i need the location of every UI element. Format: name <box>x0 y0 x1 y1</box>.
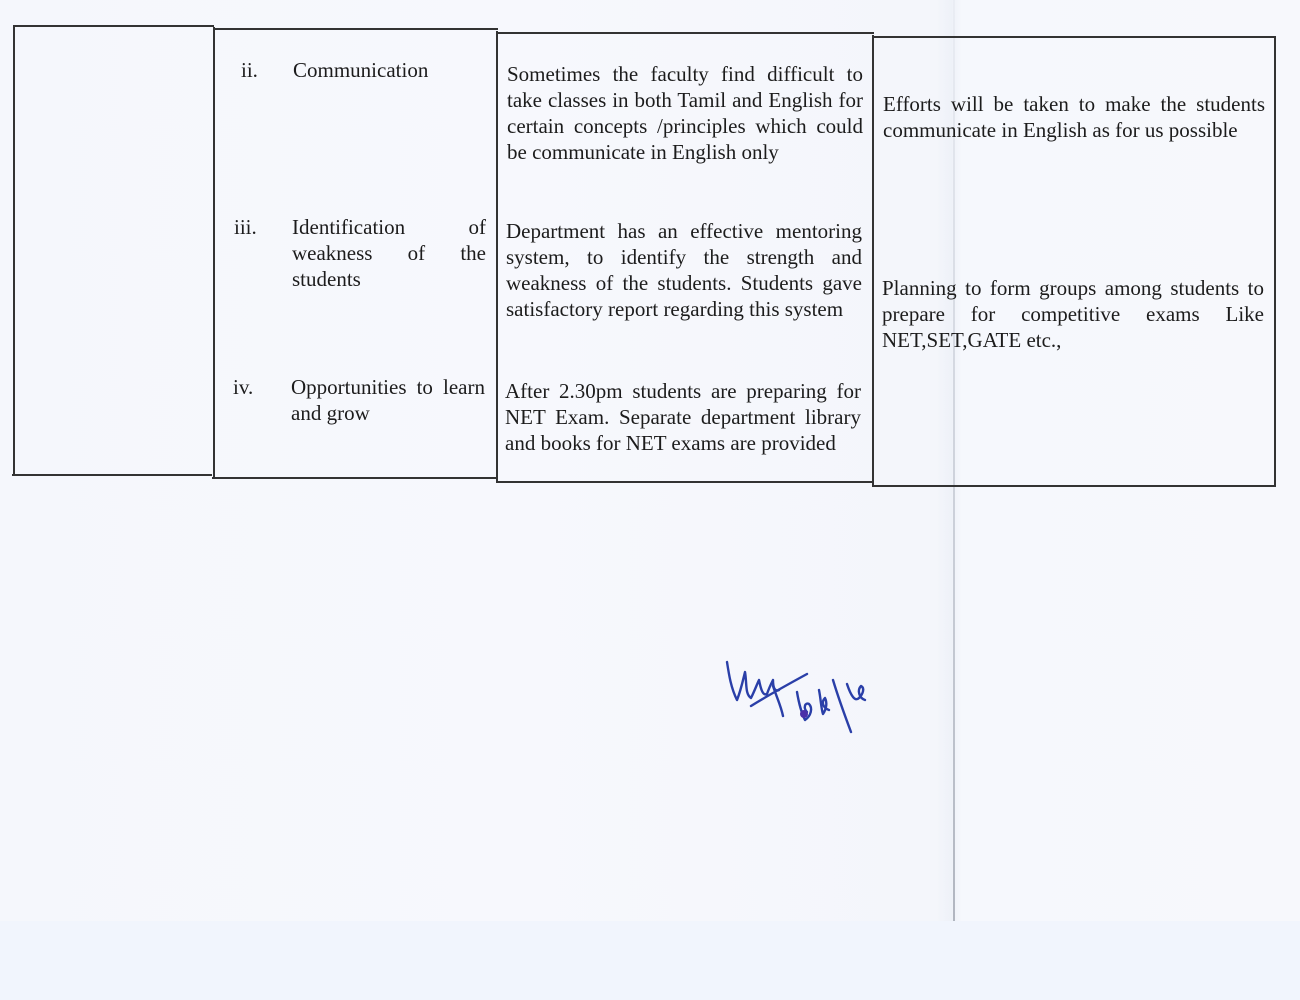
table-left-border <box>13 25 15 476</box>
table-bottom-border <box>496 481 872 483</box>
table-top-border <box>498 32 874 34</box>
row-observation: After 2.30pm students are preparing for … <box>505 378 861 456</box>
scanned-page: ii. Communication Sometimes the faculty … <box>0 0 1300 921</box>
table-bottom-border <box>12 474 212 476</box>
row-item: Communication <box>293 57 483 83</box>
table-top-border <box>874 36 1276 38</box>
row-number: iv. <box>233 374 253 400</box>
table-top-border <box>214 28 498 30</box>
column-divider <box>213 27 215 479</box>
table-right-border <box>1274 37 1276 487</box>
table-bottom-border <box>872 485 1274 487</box>
row-item: Identification of weakness of the studen… <box>292 214 486 292</box>
row-observation: Sometimes the faculty find difficult to … <box>507 61 863 165</box>
table-top-border <box>14 25 214 27</box>
column-divider <box>872 35 874 487</box>
handwritten-signature <box>715 650 885 740</box>
row-number: iii. <box>234 214 257 240</box>
row-action: Efforts will be taken to make the studen… <box>883 91 1265 143</box>
column-divider <box>496 31 498 483</box>
row-action: Planning to form groups among students t… <box>882 275 1264 353</box>
row-observation: Department has an effective mentoring sy… <box>506 218 862 322</box>
row-number: ii. <box>241 57 258 83</box>
row-item: Opportunities to learn and grow <box>291 374 485 426</box>
table-bottom-border <box>212 477 496 479</box>
